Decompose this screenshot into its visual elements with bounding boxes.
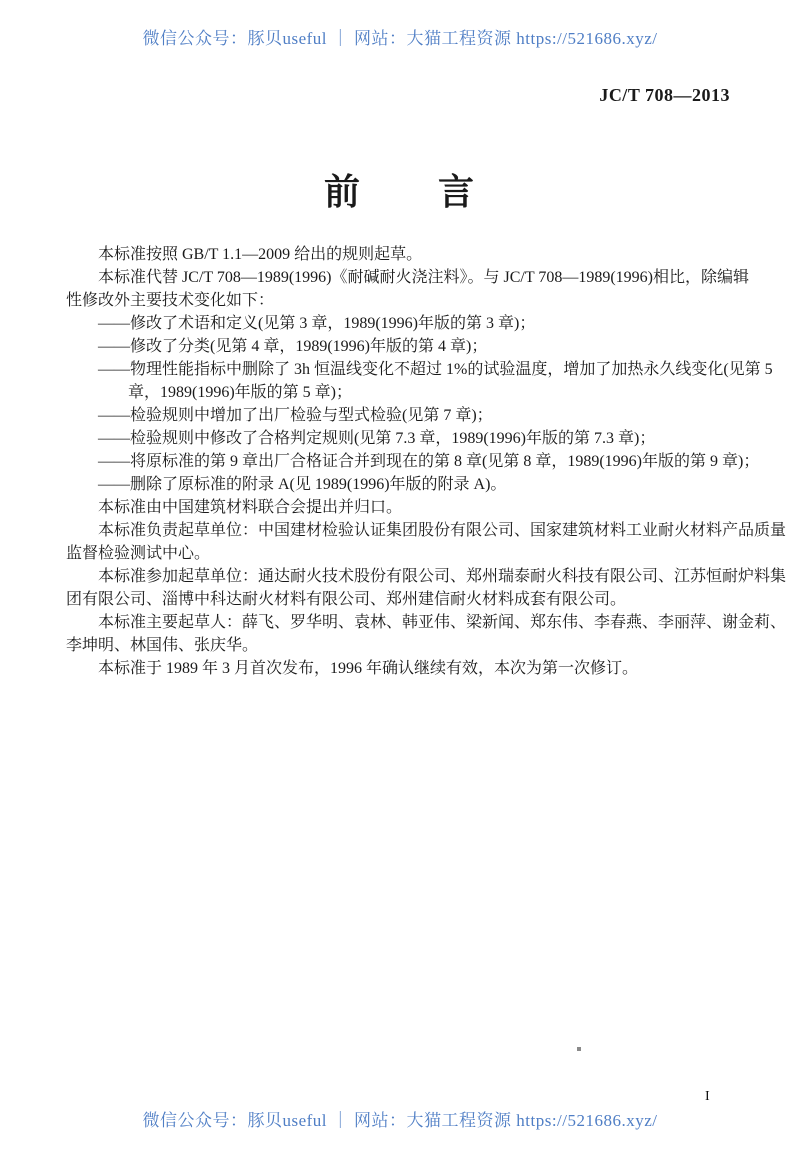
- body-line-bullet: ——物理性能指标中删除了 3h 恒温线变化不超过 1%的试验温度，增加了加热永久…: [66, 358, 746, 381]
- body-line: 李坤明、林国伟、张庆华。: [66, 634, 746, 657]
- body-line-bullet: ——检验规则中修改了合格判定规则(见第 7.3 章，1989(1996)年版的第…: [66, 427, 746, 450]
- body-line: 本标准参加起草单位：通达耐火技术股份有限公司、郑州瑞泰耐火科技有限公司、江苏恒耐…: [66, 565, 746, 588]
- body-line: 本标准于 1989 年 3 月首次发布，1996 年确认继续有效，本次为第一次修…: [66, 657, 746, 680]
- body-line-bullet: ——检验规则中增加了出厂检验与型式检验(见第 7 章)；: [66, 404, 746, 427]
- watermark-top: 微信公众号：豚贝useful ｜ 网站：大猫工程资源 https://52168…: [0, 24, 800, 49]
- document-page: 微信公众号：豚贝useful ｜ 网站：大猫工程资源 https://52168…: [0, 0, 800, 1168]
- page-number: I: [705, 1089, 710, 1105]
- page-title: 前 言: [0, 164, 800, 215]
- body-line: 本标准代替 JC/T 708—1989(1996)《耐碱耐火浇注料》。与 JC/…: [66, 266, 746, 289]
- body-line: 本标准由中国建筑材料联合会提出并归口。: [66, 496, 746, 519]
- body-line-bullet: ——删除了原标准的附录 A(见 1989(1996)年版的附录 A)。: [66, 473, 746, 496]
- watermark-bottom: 微信公众号：豚贝useful ｜ 网站：大猫工程资源 https://52168…: [0, 1106, 800, 1131]
- body-line: 本标准负责起草单位：中国建材检验认证集团股份有限公司、国家建筑材料工业耐火材料产…: [66, 519, 746, 542]
- body-line: 章，1989(1996)年版的第 5 章)；: [66, 381, 746, 404]
- body-line-bullet: ——修改了术语和定义(见第 3 章，1989(1996)年版的第 3 章)；: [66, 312, 746, 335]
- body-line: 性修改外主要技术变化如下：: [66, 289, 746, 312]
- scan-artifact-dot: [577, 1047, 581, 1051]
- body-line: 本标准主要起草人：薛飞、罗华明、袁林、韩亚伟、梁新闻、郑东伟、李春燕、李丽萍、谢…: [66, 611, 746, 634]
- body-line: 监督检验测试中心。: [66, 542, 746, 565]
- body-line-bullet: ——修改了分类(见第 4 章，1989(1996)年版的第 4 章)；: [66, 335, 746, 358]
- body-line: 本标准按照 GB/T 1.1—2009 给出的规则起草。: [66, 243, 746, 266]
- body-line-bullet: ——将原标准的第 9 章出厂合格证合并到现在的第 8 章(见第 8 章，1989…: [66, 450, 746, 473]
- doc-number: JC/T 708—2013: [599, 85, 730, 106]
- body-line: 团有限公司、淄博中科达耐火材料有限公司、郑州建信耐火材料成套有限公司。: [66, 588, 746, 611]
- foreword-body: 本标准按照 GB/T 1.1—2009 给出的规则起草。 本标准代替 JC/T …: [66, 243, 746, 680]
